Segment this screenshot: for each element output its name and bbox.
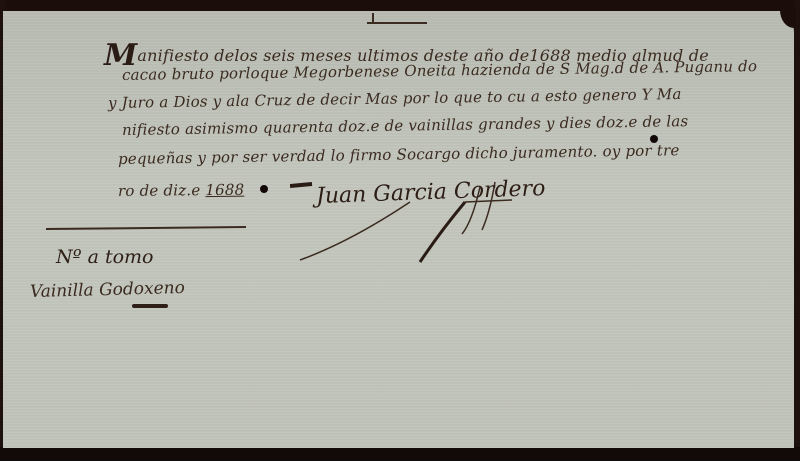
- date-year: 1688: [205, 181, 244, 199]
- top-mark-rule: [367, 22, 427, 24]
- margin-note-2: Vainilla Godoxeno: [30, 278, 185, 302]
- scan-frame-bottom: [0, 447, 800, 461]
- margin-note-underline: [132, 304, 168, 308]
- paper-hole: [260, 185, 268, 193]
- scan-frame-right: [794, 0, 800, 461]
- date-line: ro de diz.e 1688: [118, 181, 245, 200]
- margin-note-1: Nº a tomo: [56, 246, 154, 268]
- paper-hole: [650, 135, 658, 143]
- date-prefix: ro de diz.e: [118, 181, 201, 200]
